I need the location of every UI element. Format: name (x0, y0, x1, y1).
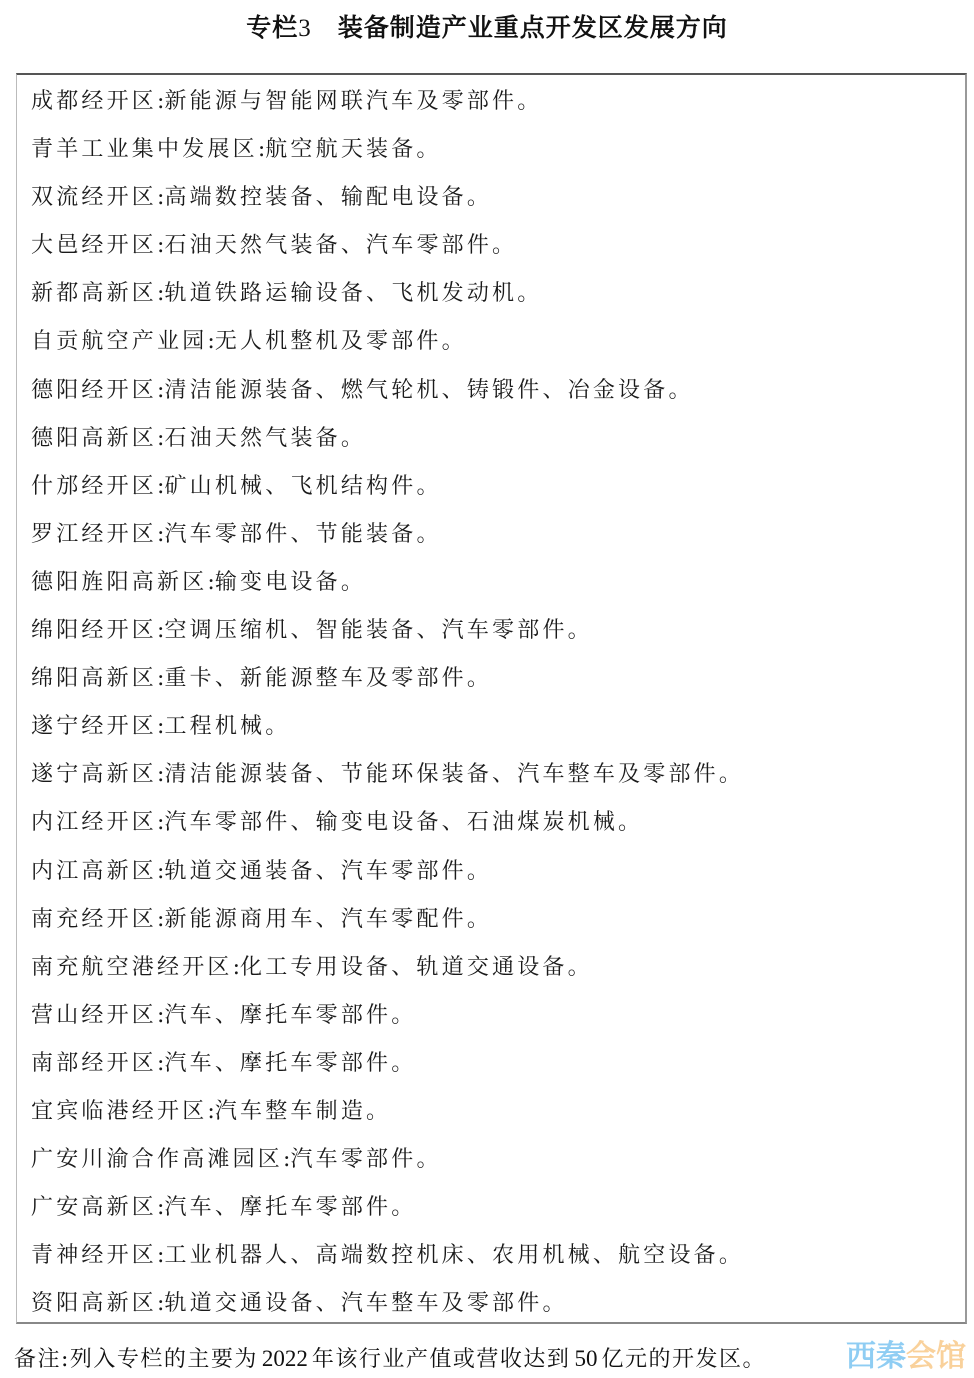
footnote: 备注:列入专栏的主要为2022年该行业产值或营收达到50亿元的开发区。 (14, 1344, 766, 1375)
zone-direction: 石油天然气装备、汽车零部件。 (164, 233, 517, 258)
zone-name: 新都高新区 (31, 281, 157, 306)
zone-name: 绵阳高新区 (31, 666, 157, 691)
zone-row: 大邑经开区:石油天然气装备、汽车零部件。 (31, 229, 744, 277)
zone-separator: : (207, 1099, 214, 1124)
zone-name: 营山经开区 (31, 1003, 157, 1028)
zone-name: 南充经开区 (31, 907, 157, 932)
column-label: 专栏 (246, 13, 298, 42)
zone-direction: 高端数控装备、输配电设备。 (164, 185, 492, 210)
zone-name: 资阳高新区 (31, 1291, 157, 1316)
zone-row: 宜宾临港经开区:汽车整车制造。 (31, 1095, 744, 1143)
page-title: 专栏3装备制造产业重点开发区发展方向 (0, 10, 974, 47)
zone-row: 青神经开区:工业机器人、高端数控机床、农用机械、航空设备。 (31, 1239, 744, 1287)
zone-row: 遂宁高新区:清洁能源装备、节能环保装备、汽车整车及零部件。 (31, 758, 744, 806)
footnote-prefix: 备注:列入专栏的主要为 (14, 1347, 258, 1372)
column-number: 3 (298, 15, 312, 42)
zone-direction: 汽车整车制造。 (215, 1099, 391, 1124)
zone-name: 自贡航空产业园 (31, 329, 207, 354)
zone-row: 青羊工业集中发展区:航空航天装备。 (31, 133, 744, 181)
zone-name: 广安川渝合作高滩园区 (31, 1147, 283, 1172)
footnote-middle: 年该行业产值或营收达到 (312, 1347, 571, 1372)
zone-row: 德阳经开区:清洁能源装备、燃气轮机、铸锻件、冶金设备。 (31, 374, 744, 422)
zone-direction: 重卡、新能源整车及零部件。 (164, 666, 492, 691)
zone-row: 绵阳经开区:空调压缩机、智能装备、汽车零部件。 (31, 614, 744, 662)
zone-separator: : (233, 955, 240, 980)
zone-name: 青羊工业集中发展区 (31, 137, 258, 162)
zone-direction: 空调压缩机、智能装备、汽车零部件。 (164, 618, 592, 643)
zone-name: 青神经开区 (31, 1243, 157, 1268)
zone-direction: 汽车零部件、节能装备。 (164, 522, 441, 547)
zone-name: 成都经开区 (31, 89, 157, 114)
zone-direction: 汽车零部件、输变电设备、石油煤炭机械。 (164, 810, 643, 835)
zone-name: 什邡经开区 (31, 474, 157, 499)
zone-direction: 清洁能源装备、节能环保装备、汽车整车及零部件。 (164, 762, 744, 787)
footnote-suffix: 亿元的开发区。 (601, 1347, 766, 1372)
zone-row: 新都高新区:轨道铁路运输设备、飞机发动机。 (31, 277, 744, 325)
zone-direction: 无人机整机及零部件。 (215, 329, 467, 354)
zones-box: 成都经开区:新能源与智能网联汽车及零部件。青羊工业集中发展区:航空航天装备。双流… (16, 73, 967, 1324)
zone-direction: 汽车、摩托车零部件。 (164, 1195, 416, 1220)
zone-name: 德阳高新区 (31, 426, 157, 451)
zone-row: 资阳高新区:轨道交通设备、汽车整车及零部件。 (31, 1287, 744, 1335)
zone-row: 德阳旌阳高新区:输变电设备。 (31, 566, 744, 614)
zone-name: 大邑经开区 (31, 233, 157, 258)
zone-direction: 轨道交通装备、汽车零部件。 (164, 859, 492, 884)
zone-row: 什邡经开区:矿山机械、飞机结构件。 (31, 470, 744, 518)
zone-name: 绵阳经开区 (31, 618, 157, 643)
zone-row: 双流经开区:高端数控装备、输配电设备。 (31, 181, 744, 229)
zone-separator: : (207, 570, 214, 595)
zone-row: 内江高新区:轨道交通装备、汽车零部件。 (31, 855, 744, 903)
zone-row: 自贡航空产业园:无人机整机及零部件。 (31, 325, 744, 373)
zone-row: 成都经开区:新能源与智能网联汽车及零部件。 (31, 85, 744, 133)
zone-row: 内江经开区:汽车零部件、输变电设备、石油煤炭机械。 (31, 806, 744, 854)
zone-direction: 新能源与智能网联汽车及零部件。 (164, 89, 542, 114)
zone-name: 双流经开区 (31, 185, 157, 210)
zone-name: 内江高新区 (31, 859, 157, 884)
zone-direction: 新能源商用车、汽车零配件。 (164, 907, 492, 932)
zone-row: 广安川渝合作高滩园区:汽车零部件。 (31, 1143, 744, 1191)
zone-name: 德阳经开区 (31, 378, 157, 403)
zone-direction: 轨道铁路运输设备、飞机发动机。 (164, 281, 542, 306)
zone-direction: 工业机器人、高端数控机床、农用机械、航空设备。 (164, 1243, 744, 1268)
zone-name: 宜宾临港经开区 (31, 1099, 207, 1124)
zone-direction: 矿山机械、飞机结构件。 (164, 474, 441, 499)
zone-name: 南充航空港经开区 (31, 955, 233, 980)
zone-direction: 轨道交通设备、汽车整车及零部件。 (164, 1291, 567, 1316)
watermark-part1: 西秦 (846, 1339, 906, 1374)
zone-name: 南部经开区 (31, 1051, 157, 1076)
zone-row: 德阳高新区:石油天然气装备。 (31, 422, 744, 470)
zones-list: 成都经开区:新能源与智能网联汽车及零部件。青羊工业集中发展区:航空航天装备。双流… (31, 85, 744, 1335)
watermark-logo: 西秦会馆 (846, 1338, 966, 1376)
zone-row: 广安高新区:汽车、摩托车零部件。 (31, 1191, 744, 1239)
zone-direction: 汽车零部件。 (290, 1147, 441, 1172)
zone-name: 广安高新区 (31, 1195, 157, 1220)
zone-direction: 化工专用设备、轨道交通设备。 (240, 955, 593, 980)
footnote-amount: 50 (570, 1346, 601, 1371)
footnote-year: 2022 (258, 1346, 312, 1371)
zone-row: 南部经开区:汽车、摩托车零部件。 (31, 1047, 744, 1095)
zone-row: 绵阳高新区:重卡、新能源整车及零部件。 (31, 662, 744, 710)
column-title: 装备制造产业重点开发区发展方向 (338, 13, 728, 42)
zone-direction: 汽车、摩托车零部件。 (164, 1051, 416, 1076)
zone-name: 德阳旌阳高新区 (31, 570, 207, 595)
watermark-part2: 会馆 (906, 1339, 966, 1374)
zone-name: 遂宁经开区 (31, 714, 157, 739)
zone-row: 营山经开区:汽车、摩托车零部件。 (31, 999, 744, 1047)
zone-row: 罗江经开区:汽车零部件、节能装备。 (31, 518, 744, 566)
zone-direction: 汽车、摩托车零部件。 (164, 1003, 416, 1028)
zone-direction: 石油天然气装备。 (164, 426, 366, 451)
zone-direction: 航空航天装备。 (265, 137, 441, 162)
zone-direction: 清洁能源装备、燃气轮机、铸锻件、冶金设备。 (164, 378, 693, 403)
zone-direction: 输变电设备。 (215, 570, 366, 595)
zone-direction: 工程机械。 (164, 714, 290, 739)
zone-row: 南充经开区:新能源商用车、汽车零配件。 (31, 903, 744, 951)
zone-name: 罗江经开区 (31, 522, 157, 547)
zone-separator: : (207, 329, 214, 354)
zone-row: 遂宁经开区:工程机械。 (31, 710, 744, 758)
zone-row: 南充航空港经开区:化工专用设备、轨道交通设备。 (31, 951, 744, 999)
zone-name: 内江经开区 (31, 810, 157, 835)
zone-name: 遂宁高新区 (31, 762, 157, 787)
